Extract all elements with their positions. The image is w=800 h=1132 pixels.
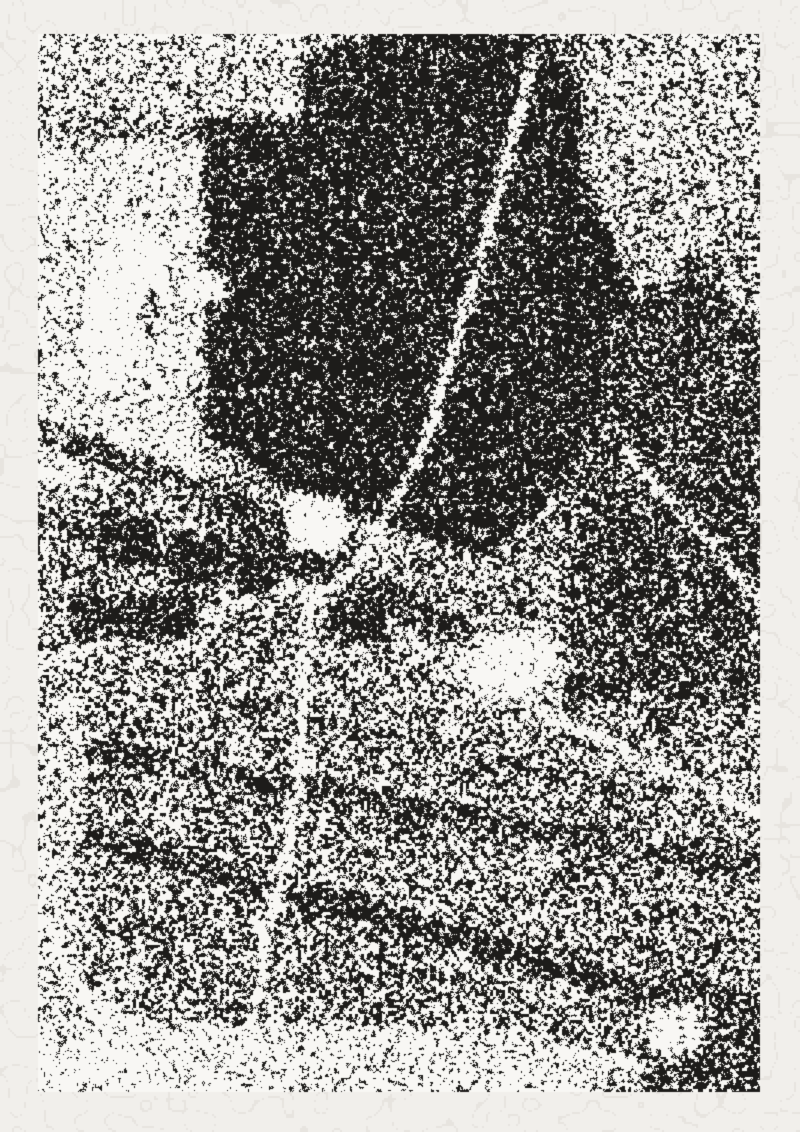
screenshot-root — [0, 0, 800, 1132]
scan-canvas — [0, 0, 800, 1132]
